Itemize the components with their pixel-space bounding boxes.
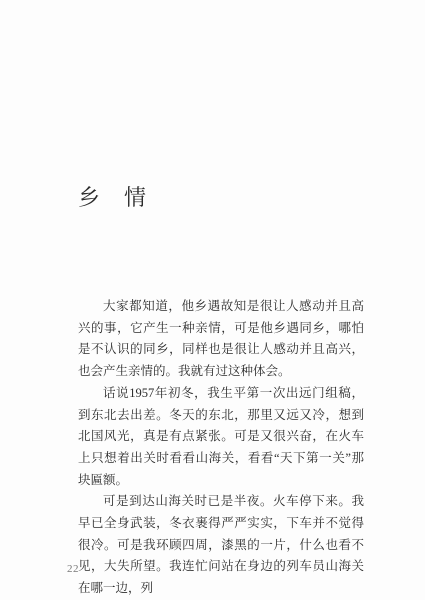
body-paragraph-1: 大家都知道，他乡遇故知是很让人感动并且高兴的事，它产生一种亲情，可是他乡遇同乡，… [78,296,364,383]
book-page: 乡 情 大家都知道，他乡遇故知是很让人感动并且高兴的事，它产生一种亲情，可是他乡… [0,0,425,600]
page-number: 22 [67,563,79,575]
body-paragraph-3: 可是到达山海关时已是半夜。火车停下来。我早已全身武装，冬衣裹得严严实实，下车并不… [78,491,364,600]
body-paragraph-2: 话说1957年初冬，我生平第一次出远门组稿，到东北去出差。冬天的东北，那里又远又… [78,383,364,492]
essay-body: 大家都知道，他乡遇故知是很让人感动并且高兴的事，它产生一种亲情，可是他乡遇同乡，… [78,296,364,600]
essay-title: 乡 情 [78,181,147,212]
